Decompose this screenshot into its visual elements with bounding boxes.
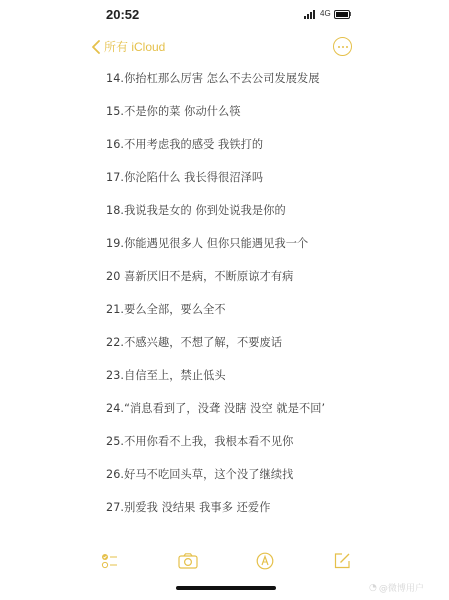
note-line: 17.你沦陷什么 我长得很沼泽吗 — [106, 170, 376, 203]
markup-icon — [256, 552, 274, 570]
compose-icon — [333, 552, 351, 570]
status-time: 20:52 — [106, 7, 139, 22]
bottom-toolbar — [0, 552, 449, 576]
note-body[interactable]: 14.你抬杠那么厉害 怎么不去公司发展发展 15.不是你的菜 你动什么筷 16.… — [106, 71, 376, 533]
nav-bar: 所有 iCloud — [0, 34, 449, 62]
markup-button[interactable] — [256, 552, 274, 574]
note-line: 16.不用考虑我的感受 我铁打的 — [106, 137, 376, 170]
signal-icon — [304, 10, 316, 19]
watermark: ◔ @微博用户 — [369, 581, 424, 594]
camera-icon — [178, 552, 198, 570]
note-line: 15.不是你的菜 你动什么筷 — [106, 104, 376, 137]
compose-button[interactable] — [333, 552, 351, 574]
note-line: 19.你能遇见很多人 但你只能遇见我一个 — [106, 236, 376, 269]
back-button[interactable]: 所有 iCloud — [92, 38, 165, 55]
note-line: 23.自信至上，禁止低头 — [106, 368, 376, 401]
ellipsis-circle-icon — [337, 46, 349, 48]
battery-icon — [334, 10, 350, 19]
status-bar: 20:52 4G — [0, 0, 449, 30]
note-line: 20 喜新厌旧不是病，不断原谅才有病 — [106, 269, 376, 302]
note-line: 25.不用你看不上我，我根本看不见你 — [106, 434, 376, 467]
note-line: 24.“消息看到了，没聋 没瞎 没空 就是不回’ — [106, 401, 376, 434]
camera-button[interactable] — [178, 552, 198, 574]
more-options-button[interactable] — [333, 37, 352, 56]
note-line: 22.不感兴趣，不想了解，不要废话 — [106, 335, 376, 368]
network-type: 4G — [320, 9, 331, 18]
note-line: 27.别爱我 没结果 我事多 还爱作 — [106, 500, 376, 533]
home-indicator[interactable] — [176, 586, 276, 590]
note-line: 18.我说我是女的 你到处说我是你的 — [106, 203, 376, 236]
battery-tip — [350, 12, 351, 16]
note-line: 21.要么全部，要么全不 — [106, 302, 376, 335]
chevron-left-icon — [92, 40, 100, 54]
checklist-button[interactable] — [101, 552, 119, 576]
watermark-text: @微博用户 — [379, 581, 424, 594]
back-label: 所有 iCloud — [104, 38, 165, 55]
note-line: 14.你抬杠那么厉害 怎么不去公司发展发展 — [106, 71, 376, 104]
checklist-icon — [101, 552, 119, 572]
note-line: 26.好马不吃回头草，这个没了继续找 — [106, 467, 376, 500]
weibo-logo-icon: ◔ — [369, 583, 377, 593]
